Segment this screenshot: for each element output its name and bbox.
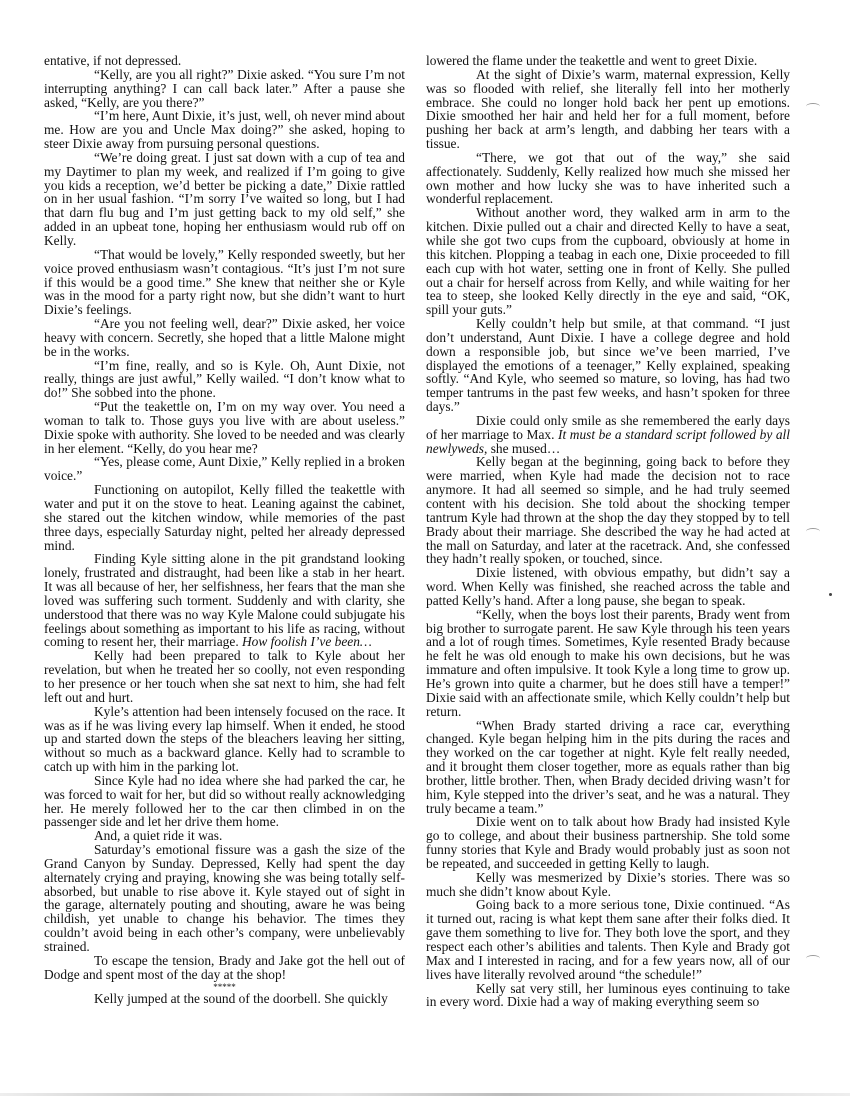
paragraph: “Kelly, are you all right?” Dixie asked.… xyxy=(44,68,405,110)
paragraph: And, a quiet ride it was. xyxy=(44,829,405,843)
paragraph: Kelly began at the beginning, going back… xyxy=(426,455,790,566)
paragraph: “Yes, please come, Aunt Dixie,” Kelly re… xyxy=(44,455,405,483)
paragraph: “I’m here, Aunt Dixie, it’s just, well, … xyxy=(44,109,405,151)
paragraph: Dixie listened, with obvious empathy, bu… xyxy=(426,566,790,608)
paragraph: “That would be lovely,” Kelly responded … xyxy=(44,248,405,317)
paragraph: Kelly sat very still, her luminous eyes … xyxy=(426,982,790,1010)
left-column: entative, if not depressed. “Kelly, are … xyxy=(44,54,405,1005)
paragraph: “We’re doing great. I just sat down with… xyxy=(44,151,405,248)
paragraph: Finding Kyle sitting alone in the pit gr… xyxy=(44,552,405,649)
paragraph: Kelly was mesmerized by Dixie’s stories.… xyxy=(426,871,790,899)
italic-thought: How foolish I’ve been… xyxy=(242,634,372,649)
paragraph: To escape the tension, Brady and Jake go… xyxy=(44,954,405,982)
paragraph: Without another word, they walked arm in… xyxy=(426,206,790,317)
paragraph: Kyle’s attention had been intensely focu… xyxy=(44,705,405,774)
paragraph: Kelly couldn’t help but smile, at that c… xyxy=(426,317,790,414)
scan-binder-mark xyxy=(806,528,820,535)
paragraph: “When Brady started driving a race car, … xyxy=(426,719,790,816)
paragraph: Dixie could only smile as she remembered… xyxy=(426,414,790,456)
paragraph-text: , she mused… xyxy=(484,441,560,456)
paragraph: Kelly jumped at the sound of the doorbel… xyxy=(44,992,405,1006)
paragraph: “Kelly, when the boys lost their parents… xyxy=(426,608,790,719)
paragraph: “Are you not feeling well, dear?” Dixie … xyxy=(44,317,405,359)
paragraph: entative, if not depressed. xyxy=(44,54,405,68)
paragraph: Since Kyle had no idea where she had par… xyxy=(44,774,405,829)
right-column: lowered the flame under the teakettle an… xyxy=(426,54,790,1009)
scan-binder-mark xyxy=(806,955,820,962)
paragraph: Kelly had been prepared to talk to Kyle … xyxy=(44,649,405,704)
scan-binder-mark xyxy=(806,103,820,110)
paragraph: “I’m fine, really, and so is Kyle. Oh, A… xyxy=(44,359,405,401)
paragraph: At the sight of Dixie’s warm, maternal e… xyxy=(426,68,790,151)
scan-speck xyxy=(829,593,832,596)
paragraph: Going back to a more serious tone, Dixie… xyxy=(426,898,790,981)
document-page: entative, if not depressed. “Kelly, are … xyxy=(0,0,850,1100)
paragraph: Functioning on autopilot, Kelly filled t… xyxy=(44,483,405,552)
paragraph: lowered the flame under the teakettle an… xyxy=(426,54,790,68)
paragraph: “Put the teakettle on, I’m on my way ove… xyxy=(44,400,405,455)
paragraph: “There, we got that out of the way,” she… xyxy=(426,151,790,206)
paragraph: Saturday’s emotional fissure was a gash … xyxy=(44,843,405,954)
paragraph: Dixie went on to talk about how Brady ha… xyxy=(426,815,790,870)
scan-edge-line xyxy=(0,1093,850,1096)
